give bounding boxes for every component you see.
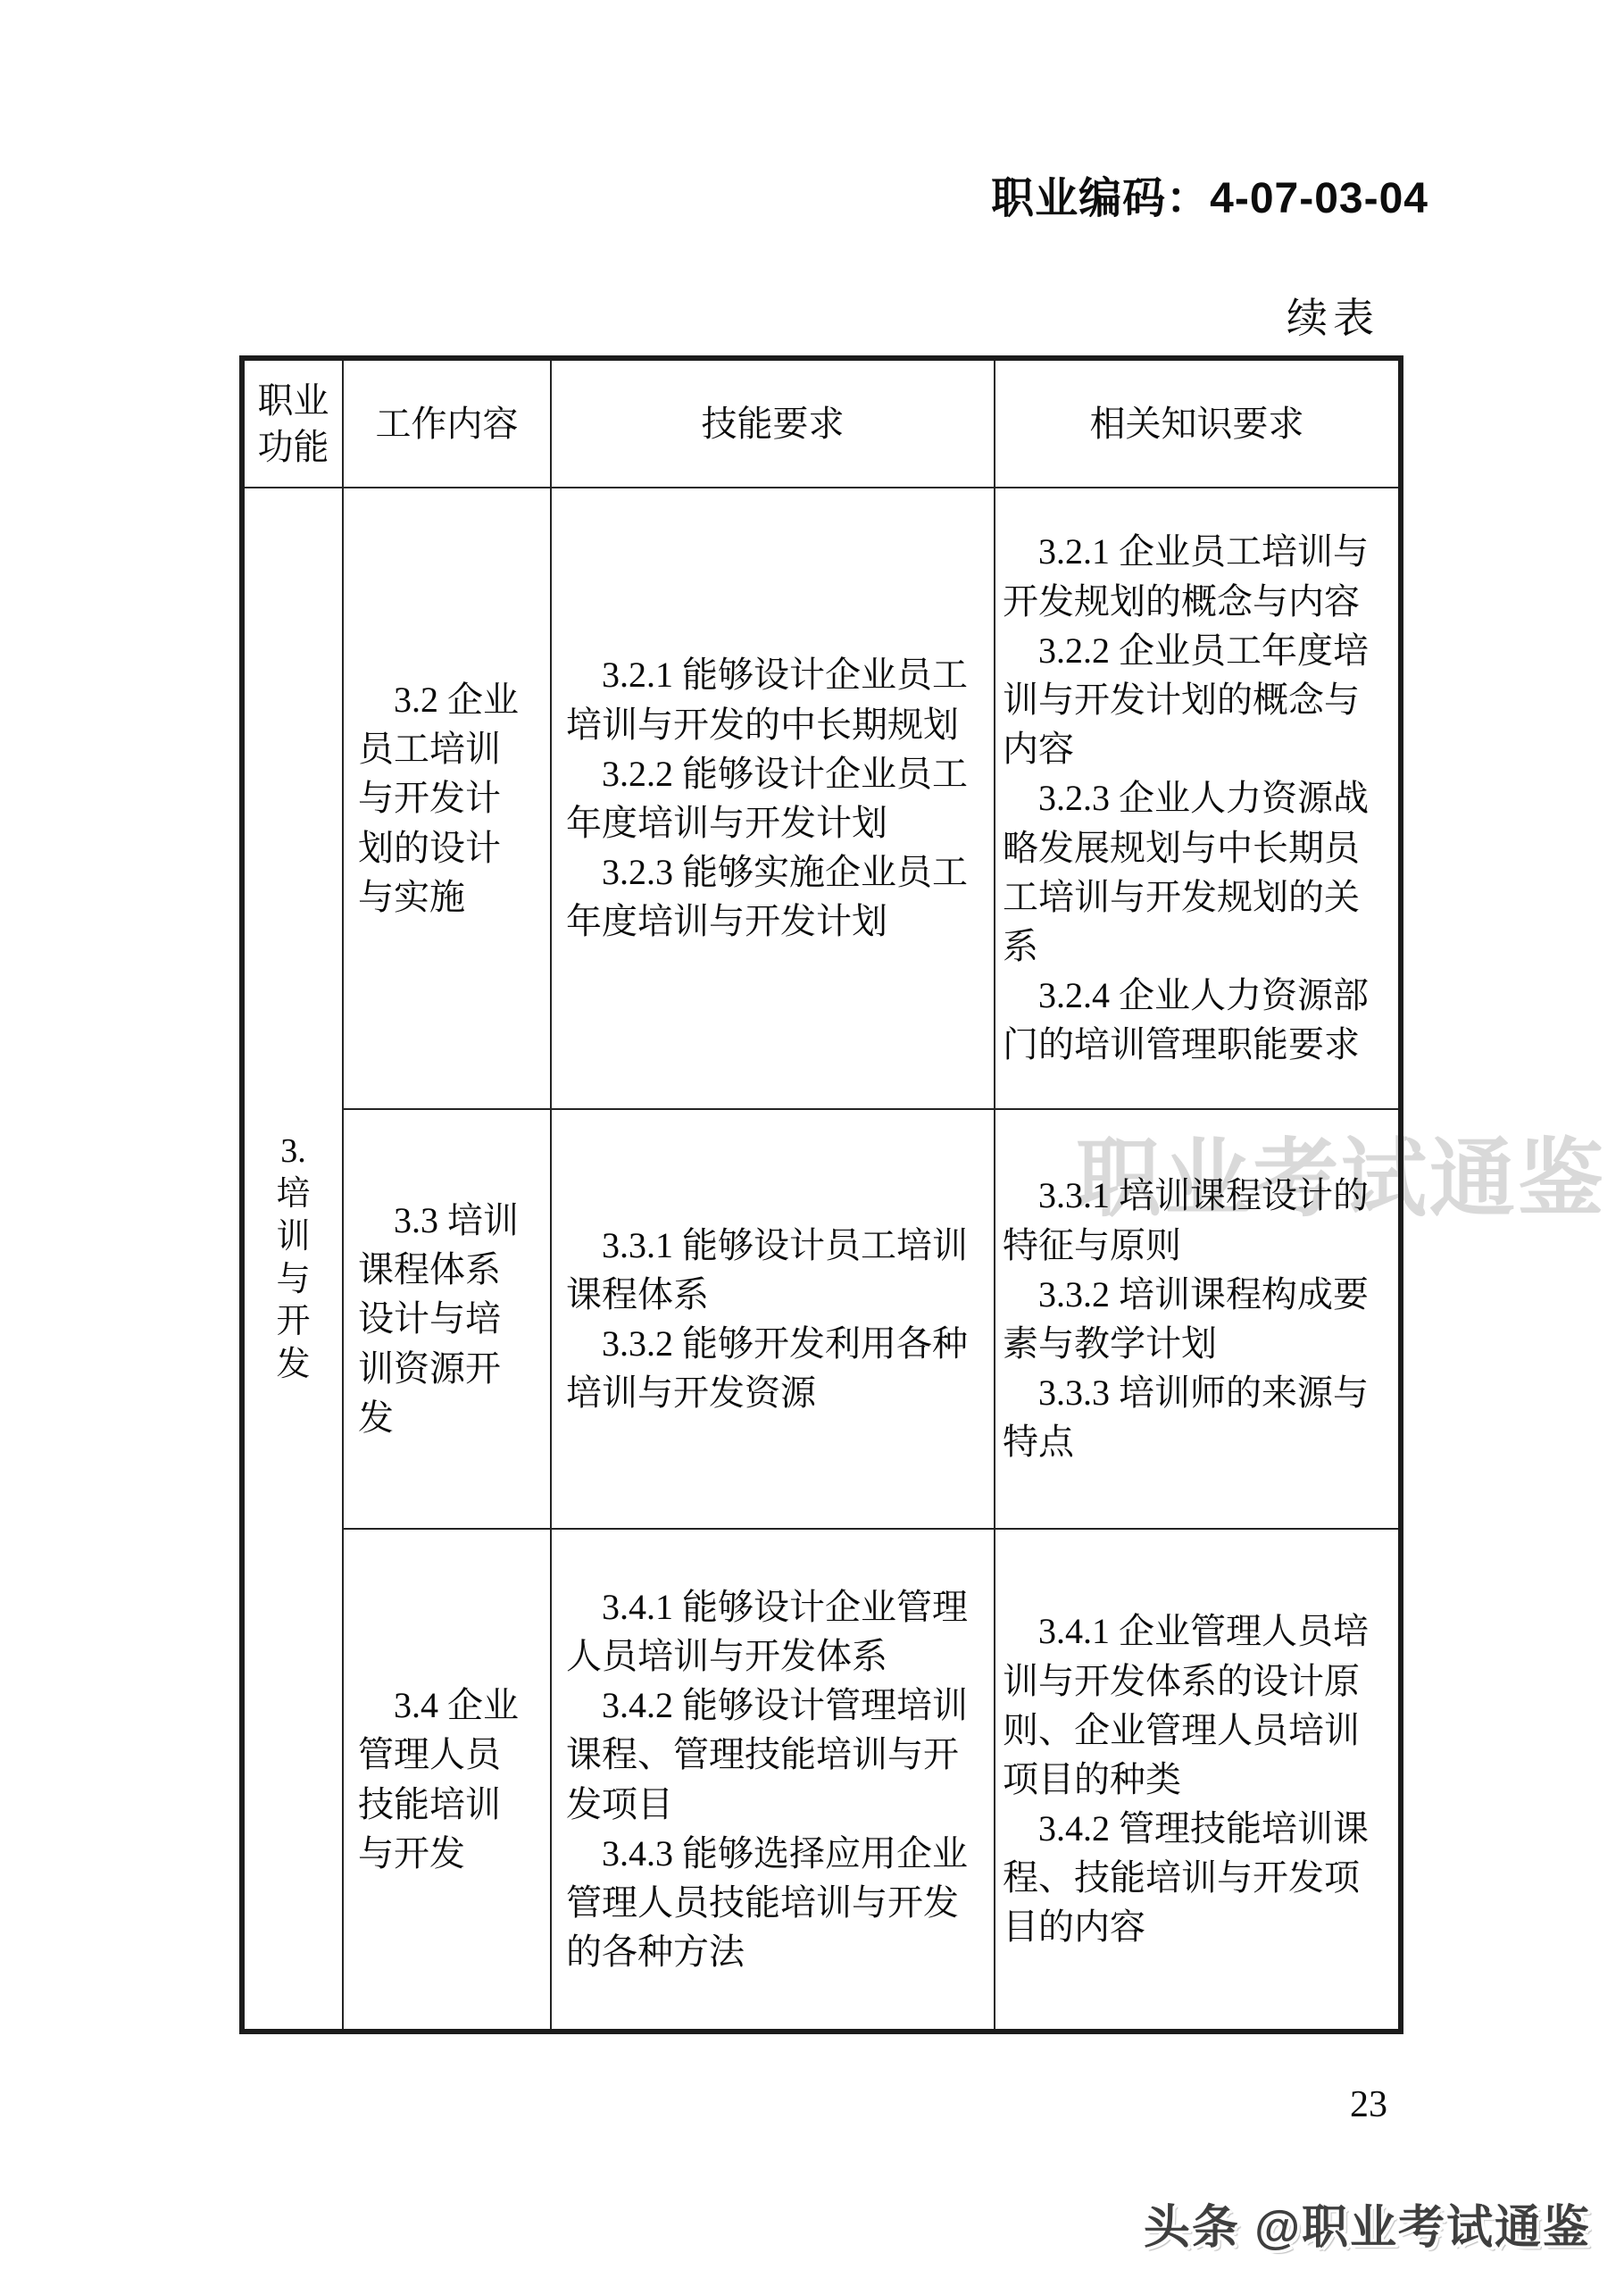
paragraph: 3.3.2 培训课程构成要素与教学计划 — [1003, 1270, 1391, 1368]
paragraph: 发 — [276, 1346, 310, 1385]
knowledge-cell-3-3: 3.3.1 培训课程设计的特征与原则3.3.2 培训课程构成要素与教学计划3.3… — [995, 1110, 1398, 1530]
paragraph: 3.4.2 能够设计管理培训课程、管理技能培训与开发项目 — [566, 1681, 979, 1829]
skills-cell-3-3: 3.3.1 能够设计员工培训课程体系3.3.2 能够开发利用各种培训与开发资源 — [552, 1110, 995, 1530]
work-content-cell-3-2: 3.2 企业员工培训与开发计划的设计与实施 — [344, 488, 552, 1110]
paragraph: 3.2.2 企业员工年度培训与开发计划的概念与内容 — [1003, 626, 1391, 774]
paragraph: 3.3.3 培训师的来源与特点 — [1003, 1368, 1391, 1466]
paragraph: 3.3.2 能够开发利用各种培训与开发资源 — [566, 1319, 979, 1417]
footer-credit: 头条 @职业考试通鉴 — [1144, 2190, 1591, 2257]
paragraph: 3.4.3 能够选择应用企业管理人员技能培训与开发的各种方法 — [566, 1829, 979, 1977]
paragraph: 3. — [280, 1132, 306, 1172]
work-content-text: 3.4 企业管理人员技能培训与开发 — [358, 1681, 536, 1878]
work-content-text: 3.2 企业员工培训与开发计划的设计与实施 — [358, 675, 536, 922]
paragraph: 3.2.4 企业人力资源部门的培训管理职能要求 — [1003, 971, 1391, 1069]
paragraph: 3.4 企业管理人员技能培训与开发 — [358, 1681, 536, 1878]
work-content-cell-3-4: 3.4 企业管理人员技能培训与开发 — [344, 1530, 552, 2029]
occupation-code: 职业编码：4-07-03-04 — [991, 163, 1428, 225]
document-page: 职业编码：4-07-03-04 续表 职业考试通鉴 职业功能 工作内容 技能要求… — [0, 0, 1624, 2278]
knowledge-text: 3.2.1 企业员工培训与开发规划的概念与内容3.2.2 企业员工年度培训与开发… — [1003, 527, 1391, 1069]
header-skill-requirements: 技能要求 — [552, 361, 995, 488]
paragraph: 3.3.1 培训课程设计的特征与原则 — [1003, 1171, 1391, 1269]
header-knowledge-requirements: 相关知识要求 — [995, 361, 1398, 488]
paragraph: 3.2.3 能够实施企业员工年度培训与开发计划 — [566, 847, 979, 946]
work-content-cell-3-3: 3.3 培训课程体系设计与培训资源开发 — [344, 1110, 552, 1530]
continued-table-label: 续表 — [1287, 286, 1379, 345]
paragraph: 3.2.1 企业员工培训与开发规划的概念与内容 — [1003, 527, 1391, 625]
skills-text: 3.4.1 能够设计企业管理人员培训与开发体系3.4.2 能够设计管理培训课程、… — [566, 1582, 979, 1977]
skills-cell-3-2: 3.2.1 能够设计企业员工培训与开发的中长期规划3.2.2 能够设计企业员工年… — [552, 488, 995, 1110]
skills-cell-3-4: 3.4.1 能够设计企业管理人员培训与开发体系3.4.2 能够设计管理培训课程、… — [552, 1530, 995, 2029]
work-content-text: 3.3 培训课程体系设计与培训资源开发 — [358, 1196, 536, 1442]
paragraph: 3.2.1 能够设计企业员工培训与开发的中长期规划 — [566, 650, 979, 748]
paragraph: 3.2 企业员工培训与开发计划的设计与实施 — [358, 675, 536, 922]
paragraph: 3.4.2 管理技能培训课程、技能培训与开发项目的内容 — [1003, 1804, 1391, 1952]
function-cell-training-development: 3.培训与开发 — [245, 488, 344, 2029]
paragraph: 开 — [276, 1303, 310, 1342]
occupation-standard-table: 职业功能 工作内容 技能要求 相关知识要求 3.培训与开发 3.2 企业员工培训… — [239, 355, 1403, 2034]
knowledge-cell-3-4: 3.4.1 企业管理人员培训与开发体系的设计原则、企业管理人员培训项目的种类3.… — [995, 1530, 1398, 2029]
header-work-content: 工作内容 — [344, 361, 552, 488]
paragraph: 与 — [276, 1261, 310, 1300]
knowledge-text: 3.4.1 企业管理人员培训与开发体系的设计原则、企业管理人员培训项目的种类3.… — [1003, 1606, 1391, 1951]
paragraph: 培 — [276, 1175, 310, 1214]
skills-text: 3.2.1 能够设计企业员工培训与开发的中长期规划3.2.2 能够设计企业员工年… — [566, 650, 979, 946]
paragraph: 3.3.1 能够设计员工培训课程体系 — [566, 1221, 979, 1319]
paragraph: 训 — [276, 1218, 310, 1257]
paragraph: 3.4.1 能够设计企业管理人员培训与开发体系 — [566, 1582, 979, 1681]
header-occupation-function: 职业功能 — [245, 361, 344, 488]
paragraph: 3.4.1 企业管理人员培训与开发体系的设计原则、企业管理人员培训项目的种类 — [1003, 1606, 1391, 1804]
page-number: 23 — [1320, 2083, 1418, 2126]
knowledge-cell-3-2: 3.2.1 企业员工培训与开发规划的概念与内容3.2.2 企业员工年度培训与开发… — [995, 488, 1398, 1110]
paragraph: 3.2.3 企业人力资源战略发展规划与中长期员工培训与开发规划的关系 — [1003, 773, 1391, 971]
paragraph: 3.3 培训课程体系设计与培训资源开发 — [358, 1196, 536, 1442]
knowledge-text: 3.3.1 培训课程设计的特征与原则3.3.2 培训课程构成要素与教学计划3.3… — [1003, 1171, 1391, 1466]
skills-text: 3.3.1 能够设计员工培训课程体系3.3.2 能够开发利用各种培训与开发资源 — [566, 1221, 979, 1418]
paragraph: 3.2.2 能够设计企业员工年度培训与开发计划 — [566, 749, 979, 847]
